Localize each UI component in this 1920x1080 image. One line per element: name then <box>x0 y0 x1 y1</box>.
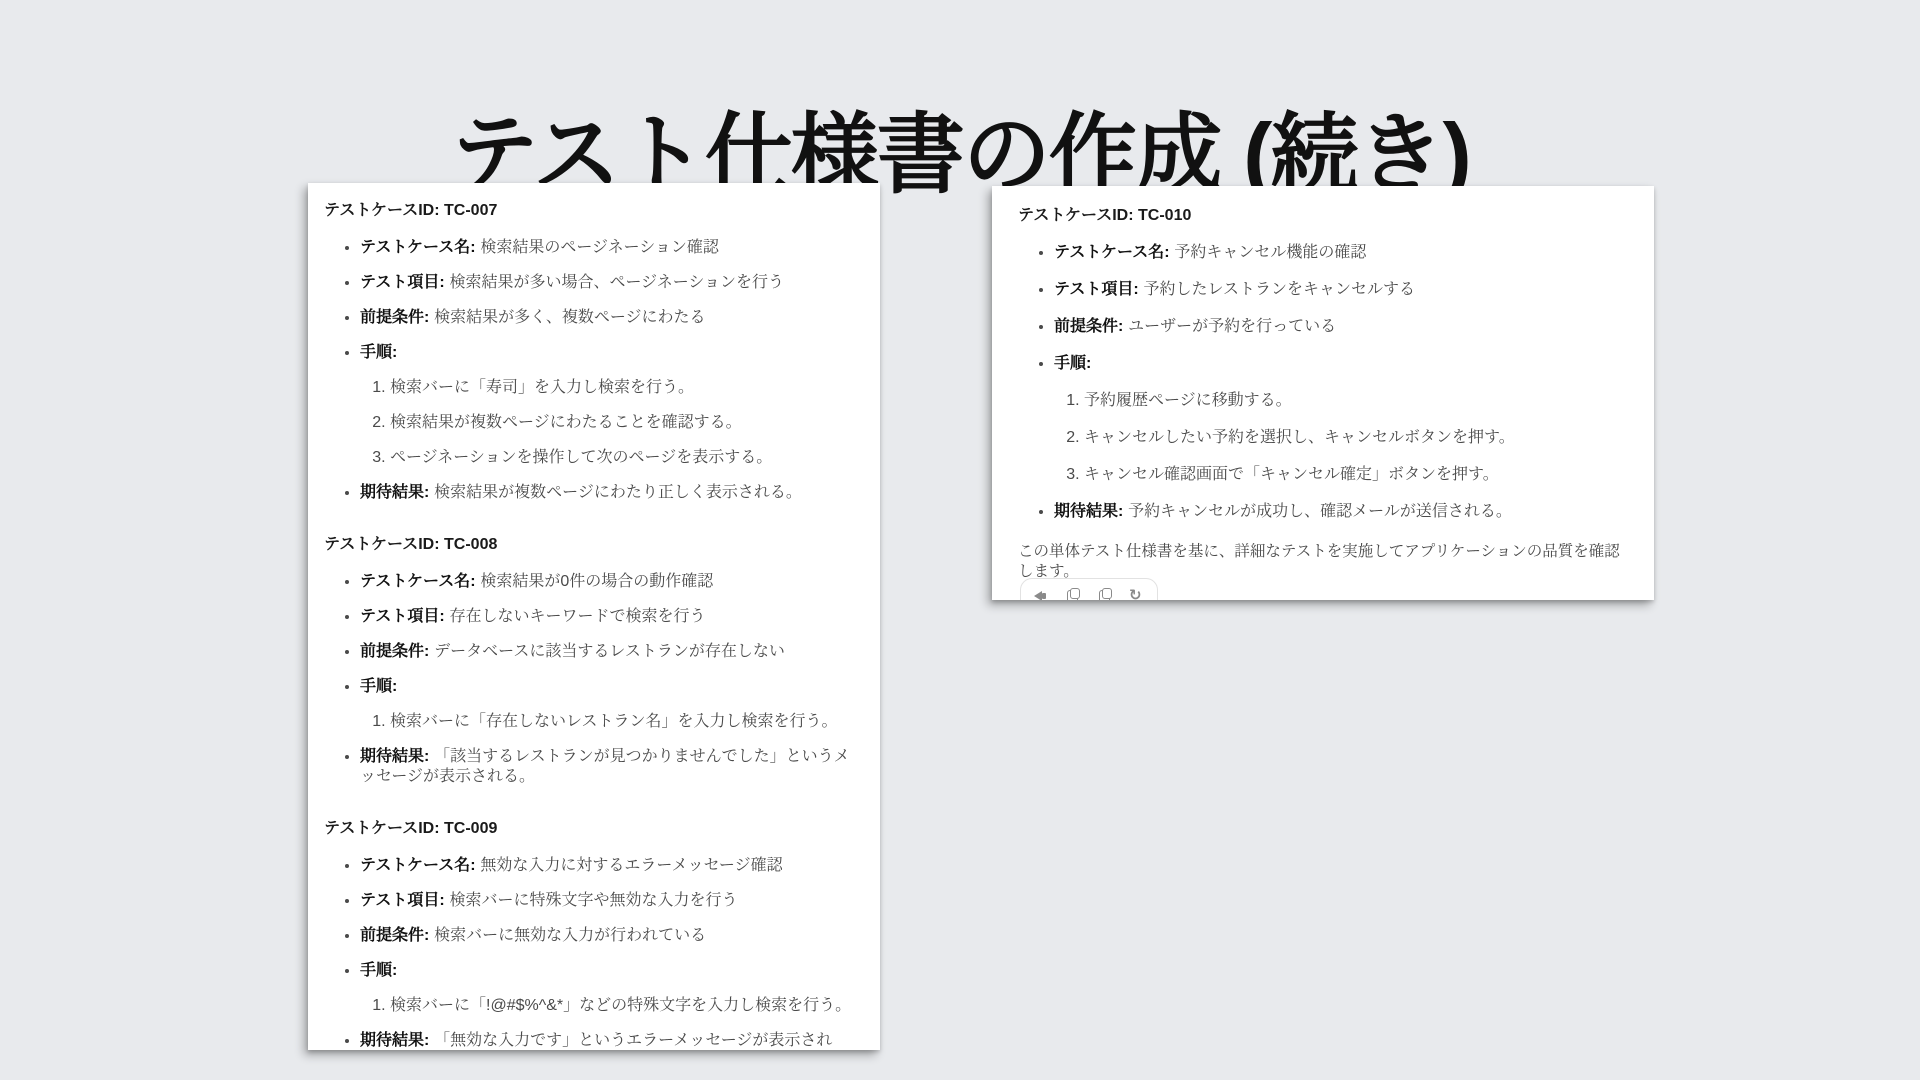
step-item: キャンセル確認画面で「キャンセル確定」ボタンを押す。 <box>1084 465 1628 485</box>
test-case-tc-008: テストケースID: TC-008 テストケース名:検索結果が0件の場合の動作確認… <box>324 531 864 787</box>
test-spec-panel-left: テストケースID: TC-007 テストケース名:検索結果のページネーション確認… <box>308 183 880 1050</box>
field-expected-result: 期待結果:検索結果が複数ページにわたり正しく表示される。 <box>360 483 864 503</box>
copy-icon[interactable] <box>1065 588 1081 600</box>
field-test-case-name: テストケース名:無効な入力に対するエラーメッセージ確認 <box>360 856 864 876</box>
test-case-tc-009: テストケースID: TC-009 テストケース名:無効な入力に対するエラーメッセ… <box>324 815 864 1050</box>
step-item: ページネーションを操作して次のページを表示する。 <box>390 448 864 468</box>
field-expected-result: 期待結果:予約キャンセルが成功し、確認メールが送信される。 <box>1054 502 1628 522</box>
steps-list: 予約履歴ページに移動する。 キャンセルしたい予約を選択し、キャンセルボタンを押す… <box>1054 391 1628 485</box>
clipboard-icon[interactable] <box>1097 588 1113 600</box>
field-test-item: テスト項目:検索結果が多い場合、ページネーションを行う <box>360 273 864 293</box>
test-case-tc-010: テストケースID: TC-010 テストケース名:予約キャンセル機能の確認 テス… <box>1018 202 1628 522</box>
step-item: キャンセルしたい予約を選択し、キャンセルボタンを押す。 <box>1084 428 1628 448</box>
test-case-id: テストケースID: TC-009 <box>324 815 864 838</box>
test-case-id: テストケースID: TC-010 <box>1018 202 1628 225</box>
field-test-item: テスト項目:予約したレストランをキャンセルする <box>1054 280 1628 300</box>
field-expected-result: 期待結果:「無効な入力です」というエラーメッセージが表示される。 <box>360 1031 864 1050</box>
field-precondition: 前提条件:ユーザーが予約を行っている <box>1054 317 1628 337</box>
test-case-id: テストケースID: TC-008 <box>324 531 864 554</box>
field-precondition: 前提条件:検索バーに無効な入力が行われている <box>360 926 864 946</box>
speaker-icon[interactable] <box>1033 588 1049 600</box>
field-expected-result: 期待結果:「該当するレストランが見つかりませんでした」というメッセージが表示され… <box>360 747 864 787</box>
step-item: 検索バーに「寿司」を入力し検索を行う。 <box>390 378 864 398</box>
field-test-item: テスト項目:検索バーに特殊文字や無効な入力を行う <box>360 891 864 911</box>
field-steps: 手順: 検索バーに「!@#$%^&*」などの特殊文字を入力し検索を行う。 <box>360 961 864 1016</box>
test-case-fields: テストケース名:検索結果が0件の場合の動作確認 テスト項目:存在しないキーワード… <box>324 572 864 787</box>
field-test-case-name: テストケース名:予約キャンセル機能の確認 <box>1054 243 1628 263</box>
field-steps: 手順: 検索バーに「存在しないレストラン名」を入力し検索を行う。 <box>360 677 864 732</box>
test-case-id: テストケースID: TC-007 <box>324 197 864 220</box>
field-test-case-name: テストケース名:検索結果が0件の場合の動作確認 <box>360 572 864 592</box>
test-case-fields: テストケース名:予約キャンセル機能の確認 テスト項目:予約したレストランをキャン… <box>1018 243 1628 522</box>
test-case-tc-007: テストケースID: TC-007 テストケース名:検索結果のページネーション確認… <box>324 197 864 503</box>
test-case-fields: テストケース名:無効な入力に対するエラーメッセージ確認 テスト項目:検索バーに特… <box>324 856 864 1050</box>
step-item: 検索バーに「存在しないレストラン名」を入力し検索を行う。 <box>390 712 864 732</box>
test-spec-panel-right: テストケースID: TC-010 テストケース名:予約キャンセル機能の確認 テス… <box>992 186 1654 600</box>
field-test-case-name: テストケース名:検索結果のページネーション確認 <box>360 238 864 258</box>
field-steps: 手順: 検索バーに「寿司」を入力し検索を行う。 検索結果が複数ページにわたること… <box>360 343 864 468</box>
field-test-item: テスト項目:存在しないキーワードで検索を行う <box>360 607 864 627</box>
steps-list: 検索バーに「!@#$%^&*」などの特殊文字を入力し検索を行う。 <box>360 996 864 1016</box>
closing-note: この単体テスト仕様書を基に、詳細なテストを実施してアプリケーションの品質を確認し… <box>1018 542 1628 582</box>
test-case-fields: テストケース名:検索結果のページネーション確認 テスト項目:検索結果が多い場合、… <box>324 238 864 503</box>
steps-list: 検索バーに「寿司」を入力し検索を行う。 検索結果が複数ページにわたることを確認す… <box>360 378 864 468</box>
field-steps: 手順: 予約履歴ページに移動する。 キャンセルしたい予約を選択し、キャンセルボタ… <box>1054 354 1628 485</box>
regenerate-icon[interactable]: ↻ <box>1129 588 1145 600</box>
field-precondition: 前提条件:検索結果が多く、複数ページにわたる <box>360 308 864 328</box>
step-item: 予約履歴ページに移動する。 <box>1084 391 1628 411</box>
steps-list: 検索バーに「存在しないレストラン名」を入力し検索を行う。 <box>360 712 864 732</box>
slide: { "title": "テスト仕様書の作成 (続き)", "colors": {… <box>0 0 1920 1080</box>
field-precondition: 前提条件:データベースに該当するレストランが存在しない <box>360 642 864 662</box>
response-toolbar: ↻ <box>1020 578 1158 600</box>
step-item: 検索結果が複数ページにわたることを確認する。 <box>390 413 864 433</box>
step-item: 検索バーに「!@#$%^&*」などの特殊文字を入力し検索を行う。 <box>390 996 864 1016</box>
